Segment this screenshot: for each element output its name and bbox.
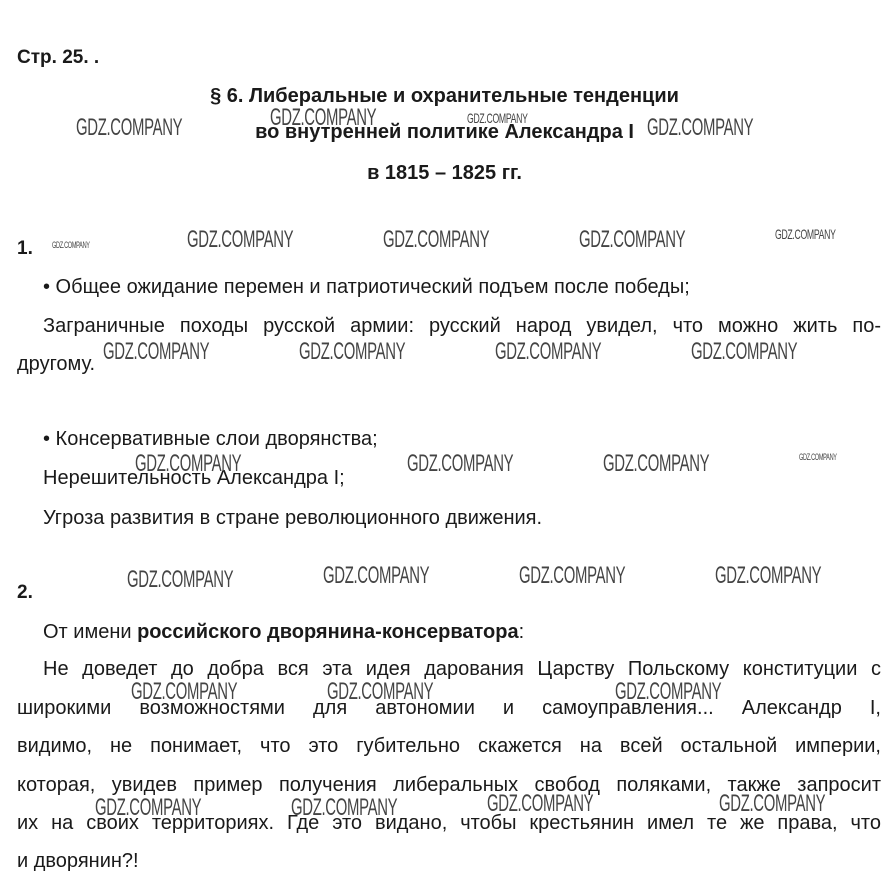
watermark: GDZ.COMPANY [603,450,709,478]
section-title-line-1: § 6. Либеральные и охранительные тенденц… [0,85,889,108]
watermark: GDZ.COMPANY [467,110,528,126]
watermark: GDZ.COMPANY [270,104,376,132]
task-1-paragraph-line-2: другому. [17,353,95,376]
watermark: GDZ.COMPANY [187,226,293,254]
task-2-line-6: и дворянин?! [17,850,139,873]
watermark: GDZ.COMPANY [691,338,797,366]
watermark: GDZ.COMPANY [323,562,429,590]
watermark: GDZ.COMPANY [579,226,685,254]
section-title-line-3: в 1815 – 1825 гг. [0,162,889,185]
watermark: GDZ.COMPANY [383,226,489,254]
watermark: GDZ.COMPANY [487,790,593,818]
task-2-intro-prefix: От имени [43,621,137,643]
task-2-intro-bold: российского дворянина-консерватора [137,621,518,643]
task-1-paragraph-line-1: Заграничные походы русской армии: русски… [43,315,881,338]
task-2-number: 2. [17,582,33,604]
task-2-line-3: видимо, не понимает, что это губительно … [17,735,881,758]
watermark: GDZ.COMPANY [775,226,836,242]
watermark: GDZ.COMPANY [135,450,241,478]
watermark: GDZ.COMPANY [76,114,182,142]
watermark: GDZ.COMPANY [52,240,90,250]
watermark: GDZ.COMPANY [715,562,821,590]
watermark: GDZ.COMPANY [131,678,237,706]
page-label: Стр. 25. . [17,47,99,69]
watermark: GDZ.COMPANY [291,794,397,822]
watermark: GDZ.COMPANY [495,338,601,366]
watermark: GDZ.COMPANY [127,566,233,594]
watermark: GDZ.COMPANY [647,114,753,142]
watermark: GDZ.COMPANY [799,452,837,462]
watermark: GDZ.COMPANY [103,338,209,366]
watermark: GDZ.COMPANY [519,562,625,590]
watermark: GDZ.COMPANY [615,678,721,706]
task-1-number: 1. [17,238,33,260]
watermark: GDZ.COMPANY [327,678,433,706]
task-1-bullet-2: • Консервативные слои дворянства; [43,428,378,451]
task-1-bullet-1: • Общее ожидание перемен и патриотически… [43,276,690,299]
task-2-intro: От имени российского дворянина-консерват… [43,621,524,644]
watermark: GDZ.COMPANY [299,338,405,366]
task-1-line-3: Угроза развития в стране революционного … [43,507,542,530]
watermark: GDZ.COMPANY [407,450,513,478]
watermark: GDZ.COMPANY [95,794,201,822]
watermark: GDZ.COMPANY [719,790,825,818]
task-2-intro-suffix: : [519,621,525,643]
